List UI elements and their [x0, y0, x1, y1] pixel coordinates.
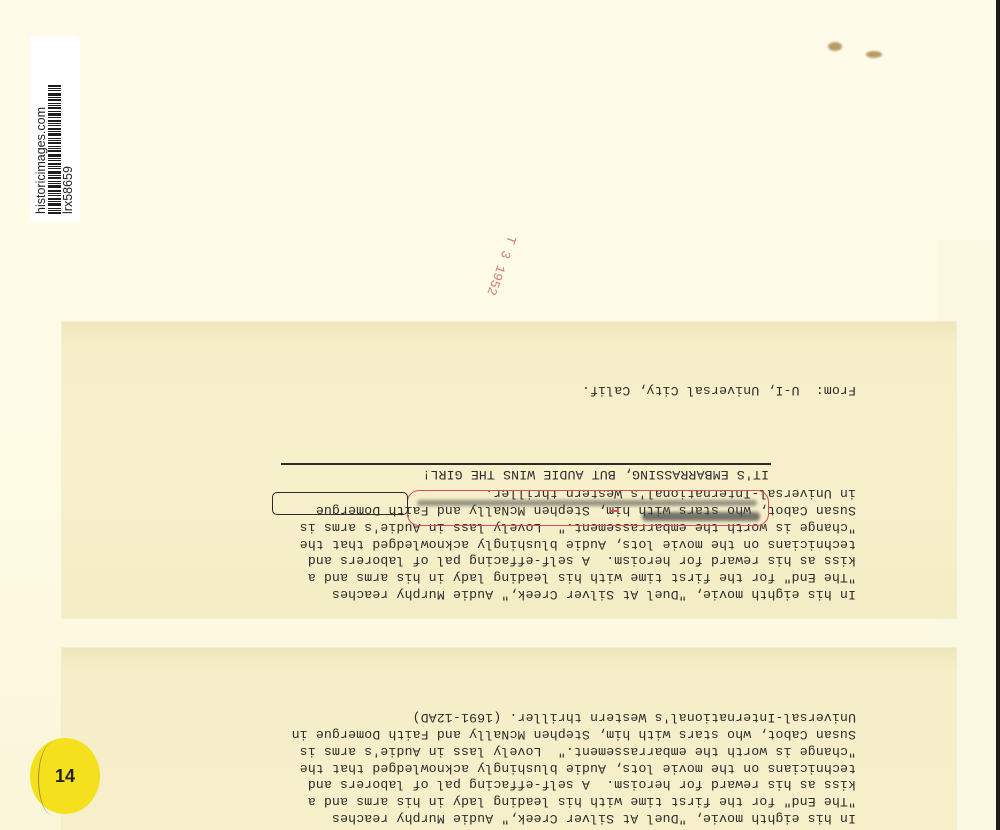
typed-line: In his eighth movie, "Duel At Silver Cre… — [300, 585, 856, 602]
typed-line: technicians on the movie lots, Audie blu… — [292, 759, 856, 776]
barcode-icon — [48, 83, 61, 214]
typed-line: "change is worth the embarrassement." Lo… — [292, 742, 856, 759]
clipping-flip-container: In his eighth movie, "Duel At Silver Cre… — [62, 648, 956, 830]
barcode-item-id: lrx58659 — [61, 36, 75, 214]
typed-line: Susan Cabot, who stars with him, Stephen… — [292, 725, 856, 742]
red-circle-annotation — [407, 490, 769, 526]
typed-line: In his eighth movie, "Duel At Silver Cre… — [292, 809, 856, 826]
clipping-headline: IT'S EMBARRASSING, BUT AUDIE WINS THE GI… — [422, 465, 769, 482]
clipping-flip-container: In his eighth movie, "Duel At Silver Cre… — [62, 322, 956, 618]
typed-line: kiss as his reward for heroism. A self-e… — [292, 776, 856, 793]
badge-arc-line — [38, 742, 69, 816]
scan-edge — [996, 0, 1000, 830]
press-clipping-bottom: In his eighth movie, "Duel At Silver Cre… — [62, 648, 956, 830]
typed-line: technicians on the movie lots, Audie blu… — [300, 535, 856, 552]
clipping-body: In his eighth movie, "Duel At Silver Cre… — [292, 708, 856, 826]
boxed-name-annotation — [272, 492, 408, 515]
typed-line: "The End" for the first time with his le… — [292, 792, 856, 809]
stain-mark — [828, 42, 842, 51]
typed-line: Universal-International's Western thrill… — [292, 708, 856, 725]
stain-mark — [866, 51, 882, 58]
headline-underline — [281, 463, 771, 465]
typed-line: kiss as his reward for heroism. A self-e… — [300, 552, 856, 569]
barcode-label-content: historicimages.com lrx58659 — [30, 36, 80, 222]
typed-line: "The End" for the first time with his le… — [300, 568, 856, 585]
barcode-site-text: historicimages.com — [35, 36, 48, 214]
red-dash-mark — [610, 510, 618, 512]
clipping-from-line: From: U-I, Universal City, Calif. — [582, 381, 856, 398]
press-clipping-top: In his eighth movie, "Duel At Silver Cre… — [62, 322, 956, 618]
